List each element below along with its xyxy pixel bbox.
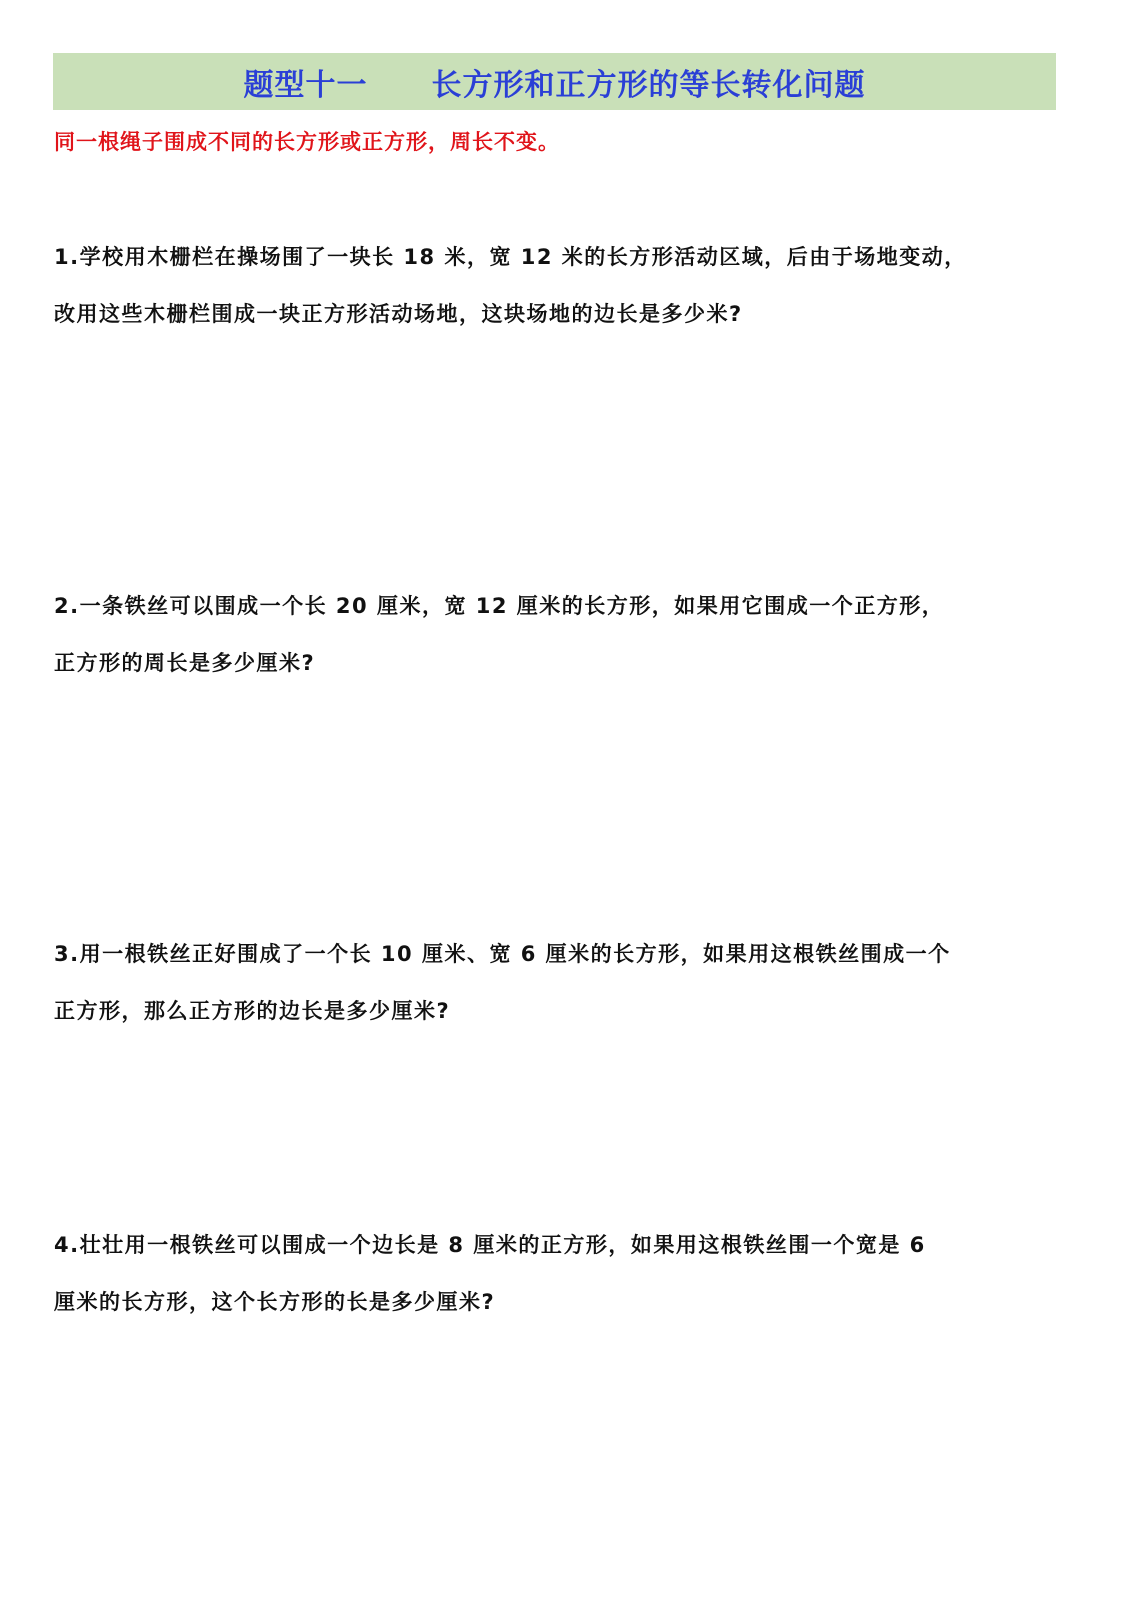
- question-text: 学校用木栅栏在操场围了一块长 18 米，宽 12 米的长方形活动区域，后由于场地…: [80, 245, 967, 269]
- question-number: 4.: [54, 1233, 80, 1257]
- section-label: 题型十一: [244, 60, 368, 104]
- question-text: 一条铁丝可以围成一个长 20 厘米，宽 12 厘米的长方形，如果用它围成一个正方…: [80, 594, 945, 618]
- question-line: 正方形，那么正方形的边长是多少厘米?: [54, 983, 1064, 1040]
- question-line: 2.一条铁丝可以围成一个长 20 厘米，宽 12 厘米的长方形，如果用它围成一个…: [54, 578, 1064, 635]
- question-text: 壮壮用一根铁丝可以围成一个边长是 8 厘米的正方形，如果用这根铁丝围一个宽是 6: [80, 1233, 926, 1257]
- question-line: 4.壮壮用一根铁丝可以围成一个边长是 8 厘米的正方形，如果用这根铁丝围一个宽是…: [54, 1217, 1064, 1274]
- question-line: 3.用一根铁丝正好围成了一个长 10 厘米、宽 6 厘米的长方形，如果用这根铁丝…: [54, 926, 1064, 983]
- page-title: 长方形和正方形的等长转化问题: [432, 60, 866, 104]
- question-line: 1.学校用木栅栏在操场围了一块长 18 米，宽 12 米的长方形活动区域，后由于…: [54, 229, 1064, 286]
- question-text: 用一根铁丝正好围成了一个长 10 厘米、宽 6 厘米的长方形，如果用这根铁丝围成…: [80, 942, 951, 966]
- question-1: 1.学校用木栅栏在操场围了一块长 18 米，宽 12 米的长方形活动区域，后由于…: [54, 229, 1064, 343]
- question-number: 3.: [54, 942, 80, 966]
- question-line: 正方形的周长是多少厘米?: [54, 635, 1064, 692]
- section-header: 题型十一 长方形和正方形的等长转化问题: [53, 53, 1056, 110]
- question-line: 厘米的长方形，这个长方形的长是多少厘米?: [54, 1274, 1064, 1331]
- question-number: 2.: [54, 594, 80, 618]
- question-3: 3.用一根铁丝正好围成了一个长 10 厘米、宽 6 厘米的长方形，如果用这根铁丝…: [54, 926, 1064, 1040]
- key-tip: 同一根绳子围成不同的长方形或正方形，周长不变。: [54, 126, 560, 156]
- question-4: 4.壮壮用一根铁丝可以围成一个边长是 8 厘米的正方形，如果用这根铁丝围一个宽是…: [54, 1217, 1064, 1331]
- question-2: 2.一条铁丝可以围成一个长 20 厘米，宽 12 厘米的长方形，如果用它围成一个…: [54, 578, 1064, 692]
- question-number: 1.: [54, 245, 80, 269]
- question-line: 改用这些木栅栏围成一块正方形活动场地，这块场地的边长是多少米?: [54, 286, 1064, 343]
